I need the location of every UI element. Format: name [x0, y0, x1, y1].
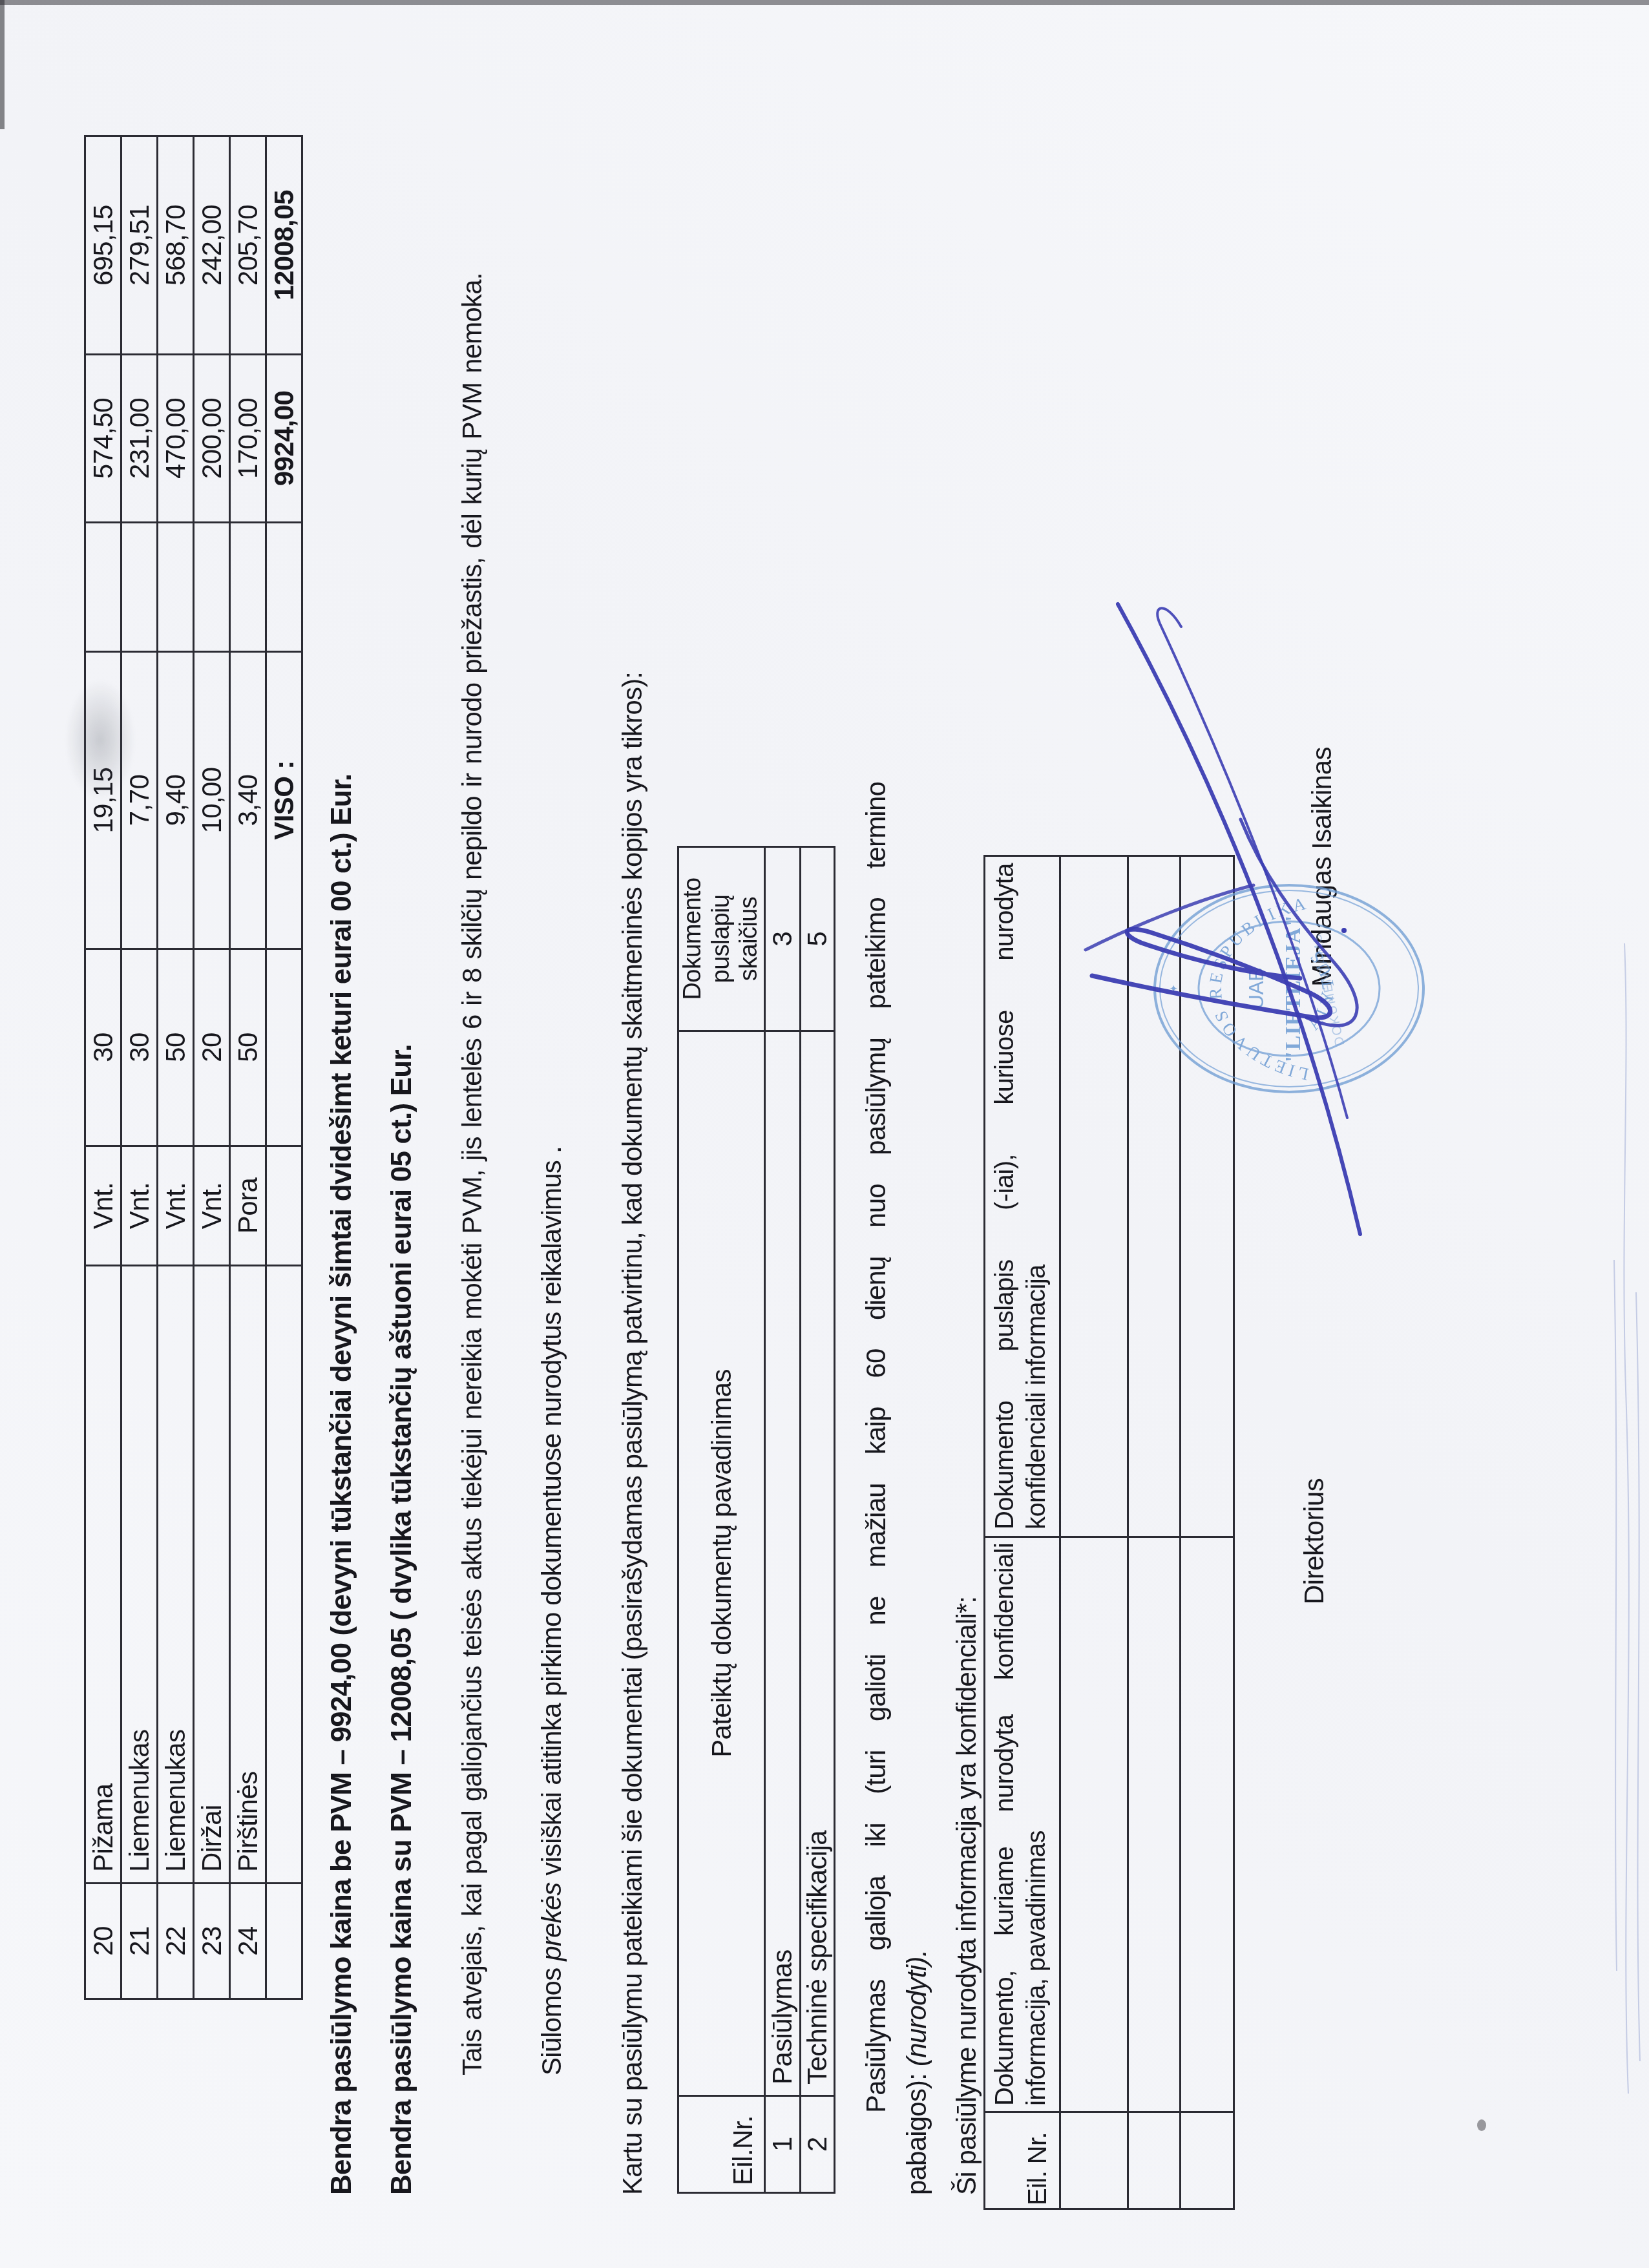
item-vat — [194, 523, 230, 652]
item-name: Pirštinės — [230, 1266, 266, 1884]
empty-cell — [1128, 2112, 1181, 2209]
doc-name: Techninė specifikacija — [801, 1031, 835, 2096]
signer-role: Direktorius — [1299, 1478, 1330, 1604]
item-unit: Vnt. — [85, 1146, 121, 1266]
text-fragment: pabaigos): — [901, 2066, 932, 2195]
submitted-documents-table: Eil.Nr. Pateiktų dokumentų pavadinimas D… — [677, 846, 835, 2194]
table-row: 1 Pasiūlymas 3 — [765, 847, 801, 2193]
empty-cell — [1060, 2112, 1128, 2209]
item-name: Liemenukas — [121, 1266, 158, 1884]
item-unit: Vnt. — [194, 1146, 230, 1266]
header-line: Dokumento puslapių — [679, 848, 735, 1030]
item-unit: Pora — [230, 1146, 266, 1266]
empty-cell — [266, 523, 302, 652]
item-qty: 30 — [85, 949, 121, 1146]
item-unit: Vnt. — [121, 1146, 158, 1266]
item-qty: 50 — [230, 949, 266, 1146]
header-doc-name: Pateiktų dokumentų pavadinimas — [678, 1031, 765, 2096]
table-row: 20 Pižama Vnt. 30 19,15 574,50 695,15 — [85, 136, 121, 1999]
vat-exception-paragraph: Tais atvejais, kai pagal galiojančius te… — [456, 273, 490, 2195]
table-row: 21 Liemenukas Vnt. 30 7,70 231,00 279,51 — [121, 136, 158, 1999]
item-sum: 470,00 — [158, 355, 194, 523]
doc-pages: 3 — [765, 847, 801, 1031]
empty-cell — [1128, 1537, 1181, 2112]
item-total: 695,15 — [85, 136, 121, 355]
item-name: Diržai — [194, 1266, 230, 1884]
doc-pages: 5 — [801, 847, 835, 1031]
table-row: 23 Diržai Vnt. 20 10,00 200,00 242,00 — [194, 136, 230, 1999]
item-price: 9,40 — [158, 652, 194, 949]
scan-smudge — [65, 678, 136, 801]
empty-cell — [266, 949, 302, 1146]
scan-edge-artifact — [0, 0, 1649, 5]
item-total: 568,70 — [158, 136, 194, 355]
header-line: Dokumento, kuriame nurodyta konfidencial… — [989, 1543, 1021, 2106]
item-price: 10,00 — [194, 652, 230, 949]
header-page-count: Dokumento puslapių skaičius — [678, 847, 765, 1031]
empty-cell — [266, 1884, 302, 1999]
item-total: 279,51 — [121, 136, 158, 355]
viso-sum: 9924,00 — [266, 355, 302, 523]
empty-cell — [1060, 1537, 1128, 2112]
attached-documents-paragraph: Kartu su pasiūlymu pateikiami šie dokume… — [616, 672, 650, 2195]
item-nr: 20 — [85, 1884, 121, 1999]
table-row: 22 Liemenukas Vnt. 50 9,40 470,00 568,70 — [158, 136, 194, 1999]
total-with-vat-line: Bendra pasiūlymo kaina su PVM – 12008,05… — [385, 1044, 419, 2195]
item-qty: 30 — [121, 949, 158, 1146]
table-row: 2 Techninė specifikacija 5 — [801, 847, 835, 2193]
item-vat — [230, 523, 266, 652]
item-unit: Vnt. — [158, 1146, 194, 1266]
item-price: 3,40 — [230, 652, 266, 949]
item-sum: 170,00 — [230, 355, 266, 523]
item-qty: 20 — [194, 949, 230, 1146]
confidential-intro-line: Ši pasiūlyme nurodyta informacija yra ko… — [950, 1597, 984, 2195]
total-without-vat-line: Bendra pasiūlymo kaina be PVM – 9924,00 … — [325, 774, 359, 2195]
table-row: 24 Pirštinės Pora 50 3,40 170,00 205,70 — [230, 136, 266, 1999]
validity-line-1: Pasiūlymas galioja iki (turi galioti ne … — [859, 782, 894, 2113]
item-sum: 231,00 — [121, 355, 158, 523]
empty-cell — [266, 1266, 302, 1884]
italic-note: (nurodyti). — [901, 1950, 932, 2066]
goods-conformity-paragraph: Siūlomos prekės visiškai atitinka pirkim… — [535, 1146, 569, 2195]
item-vat — [85, 523, 121, 652]
header-eil-nr: Eil.Nr. — [678, 2096, 765, 2193]
item-name: Liemenukas — [158, 1266, 194, 1884]
viso-label: VISO : — [266, 652, 302, 949]
document-rotated-content: 20 Pižama Vnt. 30 19,15 574,50 695,15 21… — [0, 0, 1649, 2268]
item-total: 242,00 — [194, 136, 230, 355]
scanned-page: 20 Pižama Vnt. 30 19,15 574,50 695,15 21… — [0, 0, 1649, 2268]
item-name: Pižama — [85, 1266, 121, 1884]
pen-streak-artifacts — [1609, 937, 1648, 2100]
item-sum: 200,00 — [194, 355, 230, 523]
header-line: skaičius — [735, 848, 764, 1030]
item-sum: 574,50 — [85, 355, 121, 523]
item-qty: 50 — [158, 949, 194, 1146]
offer-items-table: 20 Pižama Vnt. 30 19,15 574,50 695,15 21… — [84, 135, 303, 2000]
doc-nr: 1 — [765, 2096, 801, 2193]
doc-name: Pasiūlymas — [765, 1031, 801, 2096]
item-nr: 22 — [158, 1884, 194, 1999]
scan-speck — [1477, 2119, 1486, 2131]
header-eil-nr: Eil. Nr. — [985, 2112, 1060, 2209]
text-fragment: visiškai atitinka pirkimo dokumentuose n… — [536, 1146, 567, 1882]
header-row: Eil.Nr. Pateiktų dokumentų pavadinimas D… — [678, 847, 765, 2193]
viso-total: 12008,05 — [266, 136, 302, 355]
empty-cell — [266, 1146, 302, 1266]
handwritten-signature — [1008, 562, 1422, 1312]
scan-edge-artifact — [0, 0, 5, 129]
validity-line-2: pabaigos): (nurodyti). — [900, 1950, 934, 2195]
text-fragment: Siūlomos — [536, 1961, 567, 2075]
item-nr: 23 — [194, 1884, 230, 1999]
header-line: informacija, pavadinimas — [1021, 1543, 1053, 2106]
item-vat — [121, 523, 158, 652]
empty-cell — [1181, 1537, 1234, 2112]
italic-word: prekės — [536, 1883, 567, 1961]
item-nr: 21 — [121, 1884, 158, 1999]
totals-row: VISO : 9924,00 12008,05 — [266, 136, 302, 1999]
header-conf-doc: Dokumento, kuriame nurodyta konfidencial… — [985, 1537, 1060, 2112]
item-total: 205,70 — [230, 136, 266, 355]
item-nr: 24 — [230, 1884, 266, 1999]
item-vat — [158, 523, 194, 652]
empty-cell — [1181, 2112, 1234, 2209]
doc-nr: 2 — [801, 2096, 835, 2193]
